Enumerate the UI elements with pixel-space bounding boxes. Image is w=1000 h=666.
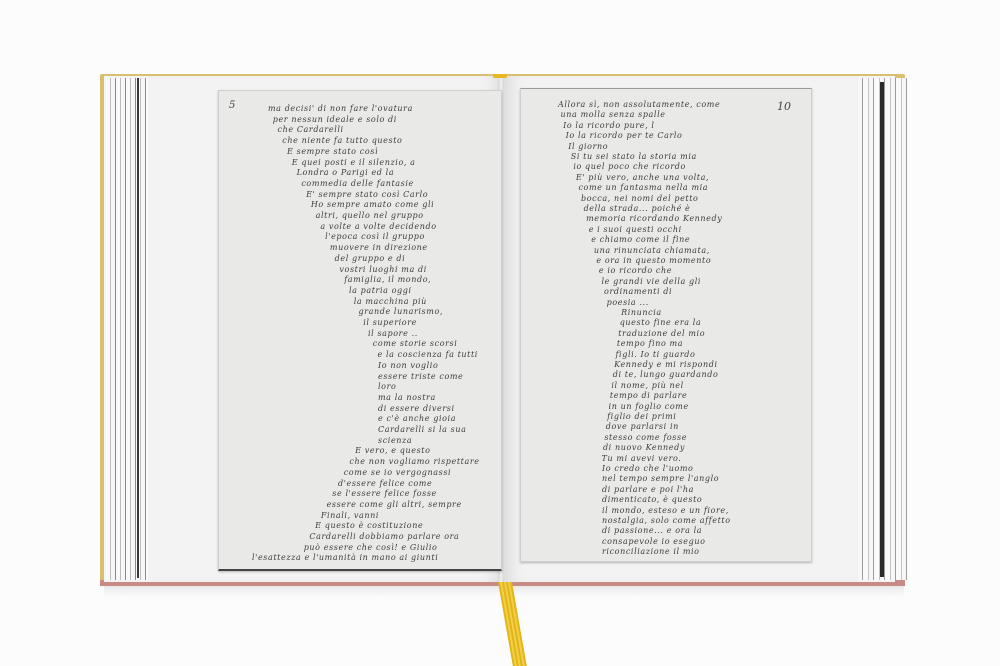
- left-corner-mark: 5: [229, 100, 235, 111]
- manuscript-line: dimenticato, è questo: [602, 495, 702, 505]
- manuscript-line: E quei posti e il silenzio, a: [292, 158, 416, 168]
- manuscript-line: può essere che così! e Giulio: [304, 543, 438, 553]
- manuscript-line: Ho sempre amato come gli: [311, 200, 434, 210]
- manuscript-line: e ora in questo momento: [596, 256, 711, 266]
- manuscript-line: il mondo, esteso e un fiore,: [602, 506, 729, 516]
- manuscript-line: che niente fa tutto questo: [282, 136, 402, 146]
- manuscript-line: tempo fino ma: [617, 339, 683, 349]
- manuscript-line: figli. Io ti guardo: [616, 350, 696, 360]
- manuscript-line: di passione... e ora la: [602, 526, 702, 536]
- manuscript-line: stesso come fosse: [604, 433, 687, 443]
- manuscript-line: scienza: [378, 436, 412, 446]
- manuscript-line: E sempre stato così: [287, 147, 378, 157]
- manuscript-line: e c'è anche gioia: [378, 414, 456, 424]
- manuscript-line: e chiamo come il fine: [591, 235, 690, 245]
- manuscript-line: e i suoi questi occhi: [589, 225, 682, 235]
- manuscript-line: della strada... poiché è: [584, 204, 691, 214]
- manuscript-line: ma decisi' di non fare l'ovatura: [268, 104, 413, 114]
- left-edge-line: [137, 78, 139, 578]
- manuscript-line: il superiore: [363, 318, 417, 328]
- manuscript-line: le grandi vie della gli: [601, 277, 701, 287]
- manuscript-line: Kennedy e mi rispondi: [614, 360, 718, 370]
- manuscript-line: loro: [378, 382, 396, 392]
- right-edge-line: [880, 82, 884, 577]
- manuscript-line: come se io vergognassi: [344, 468, 452, 478]
- manuscript-line: grande lunarismo,: [358, 307, 443, 317]
- manuscript-line: Finali, vanni: [321, 511, 379, 521]
- manuscript-line: di essere diversi: [378, 404, 455, 414]
- manuscript-line: Si tu sei stato la storia mia: [571, 152, 697, 162]
- manuscript-line: traduzione del mio: [618, 329, 705, 339]
- manuscript-line: il nome, più nel: [611, 381, 683, 391]
- manuscript-line: Cardarelli dobbiamo parlare ora: [309, 532, 459, 542]
- manuscript-line: altri, quello nel gruppo: [316, 211, 424, 221]
- manuscript-line: ordinamenti di: [604, 287, 672, 297]
- manuscript-line: Io la ricordo per te Carlo: [566, 131, 683, 141]
- manuscript-line: Londra o Parigi ed la: [297, 168, 395, 178]
- manuscript-line: Rinuncia: [621, 308, 662, 318]
- manuscript-line: essere triste come: [378, 372, 463, 382]
- manuscript-line: la macchina più: [354, 297, 427, 307]
- manuscript-line: tempo di parlare: [610, 391, 687, 401]
- manuscript-line: a volte a volte decidendo: [320, 222, 436, 232]
- manuscript-line: una molla senza spalle: [561, 110, 666, 120]
- manuscript-line: nostalgia, solo come affetto: [602, 516, 731, 526]
- manuscript-line: E' più vero, anche una volta,: [576, 173, 709, 183]
- manuscript-line: Io la ricordo pure, l: [563, 121, 654, 131]
- manuscript-line: famiglia, il mondo,: [344, 275, 431, 285]
- manuscript-line: ma la nostra: [378, 393, 436, 403]
- manuscript-line: l'esattezza e l'umanità in mano ai giunt…: [252, 553, 438, 563]
- manuscript-line: e io ricordo che: [599, 266, 672, 276]
- manuscript-line: E vero, e questo: [355, 446, 430, 456]
- manuscript-line: io quel poco che ricordo: [573, 162, 686, 172]
- manuscript-line: commedia delle fantasie: [301, 179, 414, 189]
- manuscript-line: una rinunciata chiamata,: [594, 246, 710, 256]
- manuscript-line: il sapore ..: [368, 329, 418, 339]
- manuscript-line: di parlare e poi l'ha: [602, 485, 694, 495]
- manuscript-line: Tu mi avevi vero.: [602, 454, 682, 464]
- manuscript-line: E questo è costituzione: [315, 521, 423, 531]
- manuscript-line: Il giorno: [568, 142, 608, 152]
- manuscript-line: come un fantasma nella mia: [578, 183, 708, 193]
- manuscript-line: Io non voglio: [378, 361, 438, 371]
- manuscript-line: vostri luoghi ma di: [339, 265, 426, 275]
- manuscript-line: d'essere felice come: [338, 479, 432, 489]
- manuscript-line: poesia ...: [607, 298, 649, 308]
- manuscript-line: muovere in direzione: [330, 243, 428, 253]
- page-number: 10: [777, 100, 791, 113]
- manuscript-line: Allora sì, non assolutamente, come: [558, 100, 720, 110]
- manuscript-line: figlio dei primi: [607, 412, 676, 422]
- manuscript-line: l'epoca così il gruppo: [325, 232, 425, 242]
- manuscript-line: che non vogliamo rispettare: [349, 457, 479, 467]
- manuscript-line: di nuovo Kennedy: [603, 443, 685, 453]
- manuscript-line: memoria ricordando Kennedy: [586, 214, 722, 224]
- manuscript-line: questo fine era la: [620, 318, 702, 328]
- manuscript-line: come storie scorsi: [373, 339, 458, 349]
- manuscript-line: Cardarelli si la sua: [378, 425, 467, 435]
- manuscript-line: bocca, nei nomi del petto: [581, 194, 698, 204]
- manuscript-line: consapevole io eseguo: [602, 537, 706, 547]
- manuscript-line: e la coscienza fa tutti: [378, 350, 478, 360]
- manuscript-line: del gruppo e di: [335, 254, 406, 264]
- manuscript-line: nel tempo sempre l'anglo: [602, 474, 719, 484]
- manuscript-line: che Cardarelli: [278, 125, 344, 135]
- manuscript-line: E' sempre stato così Carlo: [306, 190, 428, 200]
- ribbon-top: [493, 74, 507, 78]
- manuscript-line: Io credo che l'uomo: [602, 464, 693, 474]
- manuscript-line: dove parlarsi in: [606, 422, 679, 432]
- manuscript-line: per nessun ideale e solo di: [273, 115, 397, 125]
- manuscript-line: di te, lungo guardando: [613, 370, 719, 380]
- manuscript-line: essere come gli altri, sempre: [327, 500, 462, 510]
- manuscript-line: se l'essere felice fosse: [332, 489, 437, 499]
- manuscript-line: riconciliazione il mio: [602, 547, 700, 557]
- manuscript-line: la patria oggi: [349, 286, 412, 296]
- manuscript-line: in un foglio come: [609, 402, 689, 412]
